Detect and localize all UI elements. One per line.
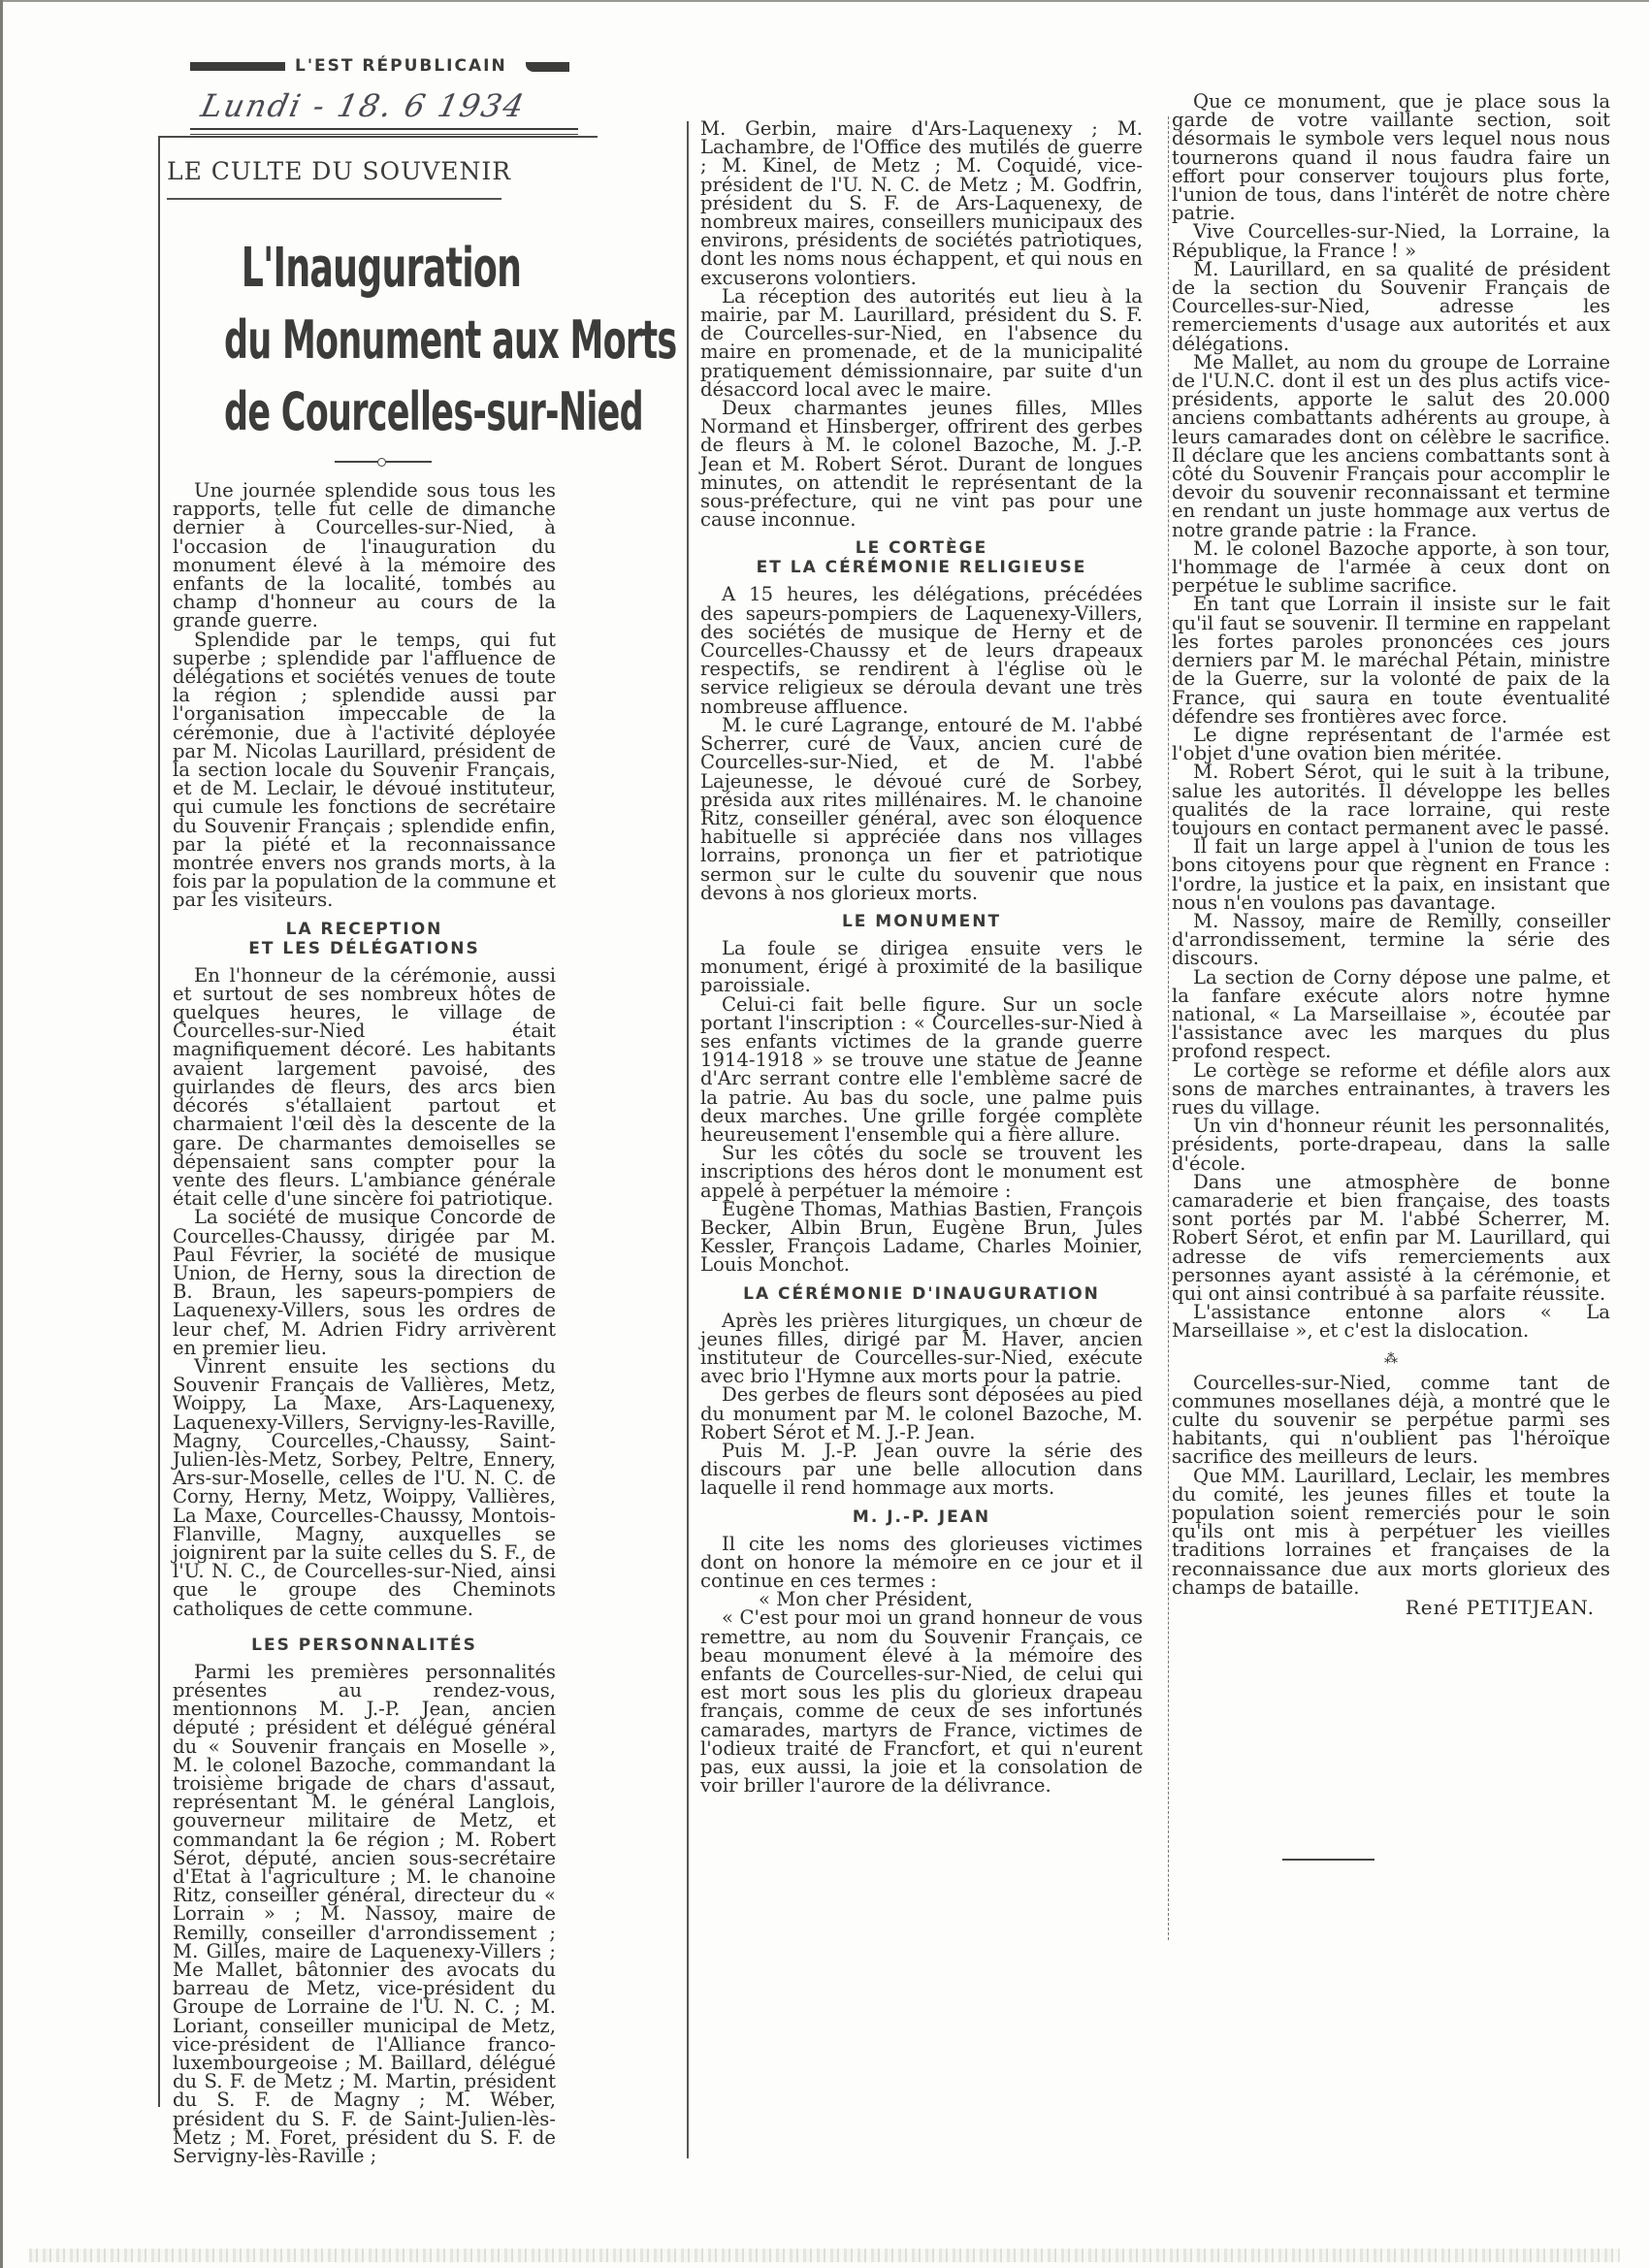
paragraph: La section de Corny dépose une palme, et…: [1172, 968, 1610, 1061]
paragraph: A 15 heures, les délégations, précédées …: [700, 585, 1143, 715]
article-column-3: Que ce monument, que je place sous la ga…: [1172, 92, 1610, 1617]
paragraph: Le digne représentant de l'armée est l'o…: [1172, 726, 1610, 762]
paragraph: M. Laurillard, en sa qualité de présiden…: [1172, 260, 1610, 353]
section-heading-monument: LE MONUMENT: [700, 912, 1143, 931]
section-heading-inauguration: LA CÉRÉMONIE D'INAUGURATION: [700, 1284, 1143, 1304]
paragraph: Il fait un large appel à l'union de tous…: [1172, 837, 1610, 912]
paragraph: Vinrent ensuite les sections du Souvenir…: [173, 1357, 556, 1618]
paragraph: Eugène Thomas, Mathias Bastien, François…: [700, 1200, 1143, 1275]
kicker-rule: [167, 198, 501, 200]
paragraph: M. Robert Sérot, qui le suit à la tribun…: [1172, 762, 1610, 837]
masthead-rule: [190, 134, 578, 135]
paragraph: « C'est pour moi un grand honneur de vou…: [700, 1608, 1143, 1795]
paragraph: M. le colonel Bazoche apporte, à son tou…: [1172, 539, 1610, 596]
paragraph: Après les prières liturgiques, un chœur …: [700, 1312, 1143, 1386]
paragraph: La réception des autorités eut lieu à la…: [700, 287, 1143, 399]
end-rule: [1282, 1859, 1374, 1861]
paragraph: Deux charmantes jeunes filles, Mlles Nor…: [700, 399, 1143, 529]
headline-line: L'Inauguration: [224, 233, 538, 305]
article-kicker: LE CULTE DU SOUVENIR: [167, 157, 511, 185]
paragraph: Des gerbes de fleurs sont déposées au pi…: [700, 1385, 1143, 1442]
section-heading-reception: LA RECEPTION ET LES DÉLÉGATIONS: [173, 920, 556, 958]
asterism-separator: ⁂: [1172, 1354, 1610, 1364]
paragraph: Me Mallet, au nom du groupe de Lorraine …: [1172, 353, 1610, 539]
handwritten-date: Lundi - 18. 6 1934: [198, 87, 529, 124]
masthead-rule: [190, 128, 578, 130]
column-rule: [687, 121, 689, 2158]
paragraph: Celui-ci fait belle figure. Sur un socle…: [700, 995, 1143, 1145]
paragraph: Courcelles-sur-Nied, comme tant de commu…: [1172, 1374, 1610, 1467]
paragraph: Parmi les premières personnalités présen…: [173, 1663, 556, 2165]
paragraph: M. Nassoy, maire de Remilly, conseiller …: [1172, 912, 1610, 968]
paragraph: Puis M. J.-P. Jean ouvre la série des di…: [700, 1442, 1143, 1498]
paragraph: En tant que Lorrain il insiste sur le fa…: [1172, 595, 1610, 725]
paragraph: Dans une atmosphère de bonne camaraderie…: [1172, 1173, 1610, 1303]
paragraph: Le cortège se reforme et défile alors au…: [1172, 1061, 1610, 1118]
scan-artifact: [29, 2249, 1620, 2262]
page-edge: [0, 0, 1649, 2]
paragraph: Splendide par le temps, qui fut superbe …: [173, 631, 556, 910]
paragraph: M. Gerbin, maire d'Ars-Laquenexy ; M. La…: [700, 119, 1143, 287]
paragraph: L'assistance entonne alors « La Marseill…: [1172, 1303, 1610, 1340]
article-column-2: M. Gerbin, maire d'Ars-Laquenexy ; M. La…: [700, 119, 1143, 1795]
paragraph: En l'honneur de la cérémonie, aussi et s…: [173, 966, 556, 1209]
section-heading-jp-jean: M. J.-P. JEAN: [700, 1507, 1143, 1527]
masthead-ornament: [190, 62, 285, 71]
paragraph: Vive Courcelles-sur-Nied, la Lorraine, l…: [1172, 222, 1610, 259]
section-heading-personnalites: LES PERSONNALITÉS: [173, 1636, 556, 1655]
section-heading-cortege: LE CORTÈGE ET LA CÉRÉMONIE RELIGIEUSE: [700, 538, 1143, 577]
headline-line: de Courcelles-sur-Nied: [224, 376, 538, 448]
paragraph: Sur les côtés du socle se trouvent les i…: [700, 1144, 1143, 1200]
paragraph: Un vin d'honneur réunit les personnalité…: [1172, 1117, 1610, 1173]
paragraph: Que ce monument, que je place sous la ga…: [1172, 92, 1610, 222]
ornament-divider: [335, 458, 432, 466]
masthead-ornament: [526, 62, 569, 72]
newspaper-name: L'EST RÉPUBLICAIN: [295, 56, 507, 76]
article-headline: L'Inauguration du Monument aux Morts de …: [224, 233, 538, 448]
paragraph: Une journée splendide sous tous les rapp…: [173, 481, 556, 631]
column-rule: [1168, 116, 1170, 1940]
page-edge: [0, 0, 3, 2268]
paragraph: La foule se dirigea ensuite vers le monu…: [700, 939, 1143, 995]
headline-line: du Monument aux Morts: [224, 305, 538, 376]
paragraph: La société de musique Concorde de Cource…: [173, 1208, 556, 1357]
author-signature: René PETITJEAN.: [1172, 1599, 1610, 1617]
article-column-1: Une journée splendide sous tous les rapp…: [173, 481, 556, 2165]
paragraph: Que MM. Laurillard, Leclair, les membres…: [1172, 1467, 1610, 1597]
paragraph: Il cite les noms des glorieuses victimes…: [700, 1535, 1143, 1591]
paragraph: M. le curé Lagrange, entouré de M. l'abb…: [700, 716, 1143, 902]
